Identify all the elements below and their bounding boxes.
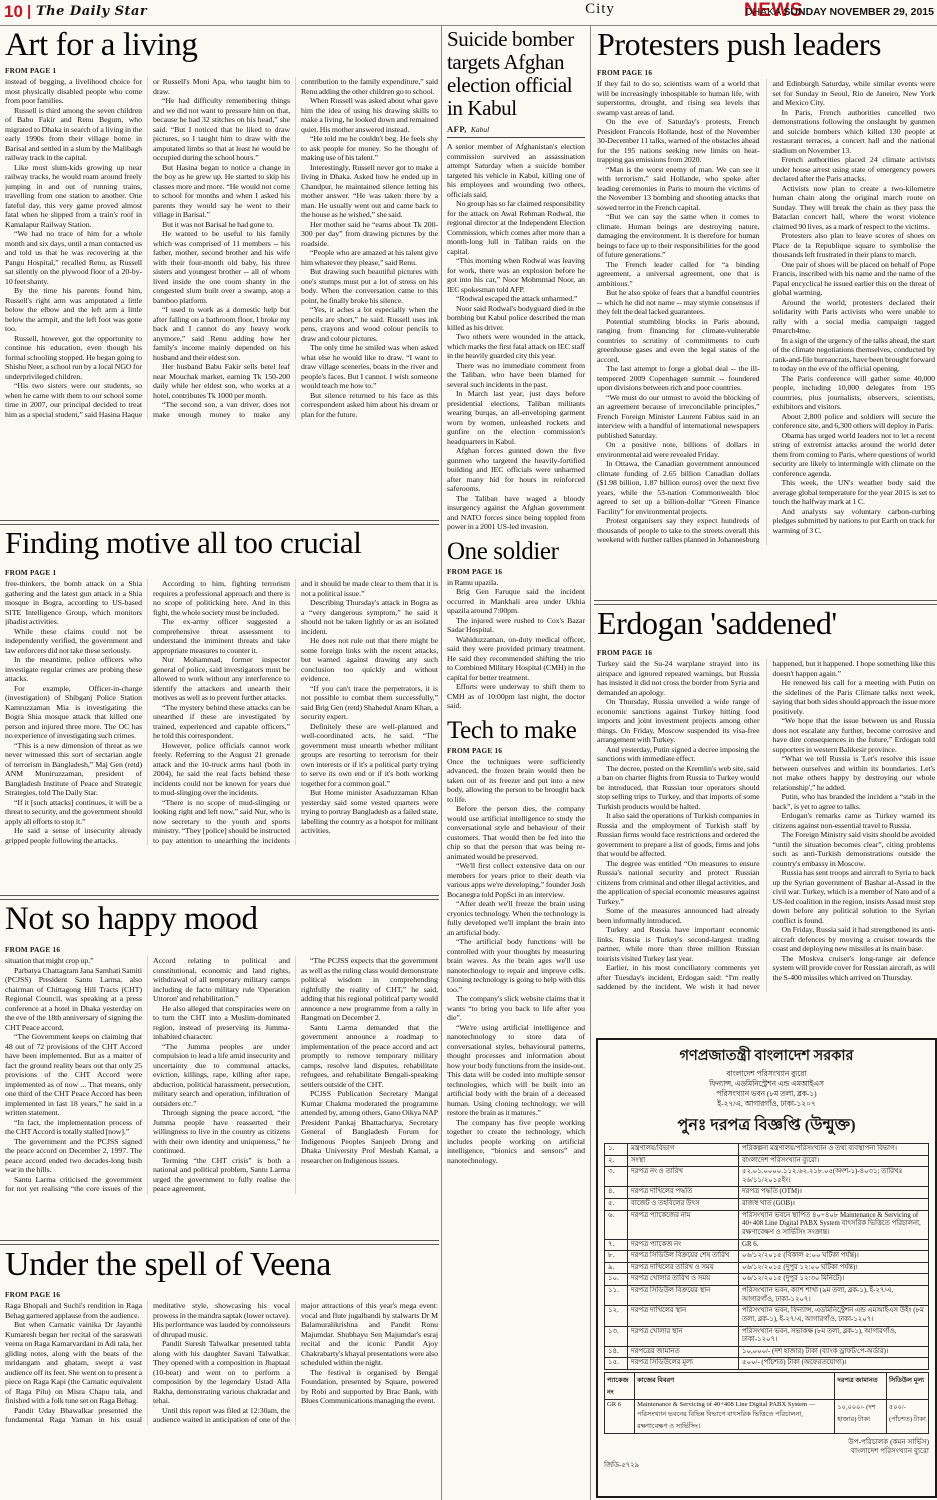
paragraph: PCJSS Publication Secretary Mangal Kumar… [301,1089,438,1165]
paragraph: Russell, however, got the opportunity to… [5,334,142,382]
headline-suicide-bomber: Suicide bomber targets Afghan election o… [447,28,585,120]
section-divider [0,895,439,900]
headline-not-so-happy-mood: Not so happy mood [5,902,438,936]
paragraph: “People who are amazed at his talent giv… [301,248,438,267]
paragraph: But when Carnatic vainika Dr Jayanthi Ku… [5,1320,142,1406]
paragraph: The injured were rushed to Cox's Bazar S… [447,616,585,635]
table-cell: ৬. [605,1210,628,1239]
paragraph: “The PCJSS expects that the government a… [301,956,438,1023]
paragraph: Parbatya Chattagram Jana Samhati Samiti … [5,966,142,1033]
paragraph: One pair of shoes will be placed on beha… [773,260,936,298]
table-cell: বাজেট ও তহবিলের উৎস [628,1199,739,1211]
paragraph: The company's slick website claims that … [447,994,585,1023]
middle-column: Suicide bomber targets Afghan election o… [441,26,591,1500]
table-cell: দরপত্র দাখিলের তারিখ ও সময় [628,1262,739,1274]
paragraph: “If it [such attacks] continues, it will… [5,798,142,827]
paragraph: In a sign of the urgency of the talks ah… [773,336,936,374]
page-number: 10 [4,2,23,22]
paragraph: in Ramu upazila. [447,578,585,588]
table-row: ৬.দরপত্র প্যাকেজের নামপরিসংখ্যান ভবনে স্… [605,1210,929,1239]
table-row: ১১.দরপত্র সিডিউল বিক্রয়ের স্থানপরিসংখ্য… [605,1286,929,1306]
paragraph: Putin, who has branded the incident a “s… [773,792,936,811]
table-cell: দরপত্র খোলার তারিখ ও সময় [628,1274,739,1286]
table-cell: ৫০০/- (পাঁচশত) টাকা (অফেরতযোগ্য)। [739,1358,929,1370]
paragraph: Pandit Suresh Talwalkar presented tabla … [153,1339,290,1406]
table-cell: ০৬/১২/২০১৫ (দুপুর ১২:০০ ঘটিকা পর্যন্ত)। [739,1262,929,1274]
table-header-cell: প্যাকেজ নং [605,1373,635,1400]
paragraph: On the eve of Saturday's protests, Frenc… [597,117,760,165]
paragraph: “He told me he couldn't beg. He feels sh… [301,134,438,163]
table-cell: দরপত্রের জামানত [628,1346,739,1358]
paragraph: “What we tell Russia is 'Let's resolve t… [773,754,936,792]
paragraph: In Paris, French authorities cancelled t… [773,108,936,156]
table-cell: সংস্থা [628,1155,739,1167]
table-cell: Maintenance & Servicing of 40+408 Line D… [635,1400,835,1434]
paragraph: In the meantime, police officers who inv… [5,655,142,684]
headline-under-the-spell-of-veena: Under the spell of Veena [5,1247,438,1282]
paragraph: The ex-army officer suggested a comprehe… [153,617,290,655]
paragraph: Like most slum-kids growing up near rail… [5,163,142,230]
paragraph: According to him, fighting terrorism req… [153,579,290,617]
paragraph: “We must do our utmost to avoid the bloc… [597,393,760,441]
table-row: ১৩.দরপত্র খোলার স্থানপরিসংখ্যান ভবন, সভা… [605,1326,929,1346]
paragraph: “The Jumma peoples are under compulsion … [153,1042,290,1109]
paragraph: Protesters also plan to leave scores of … [773,231,936,260]
paragraph: “We're using artificial intelligence and… [447,1023,585,1118]
continued-from-label: FROM PAGE 16 [5,946,438,954]
paragraph: A senior member of Afghanistan's electio… [447,142,585,199]
paragraph: Nur Mohammad, former inspector general o… [153,655,290,703]
paragraph: Definitely these are well-planned and we… [301,722,438,789]
table-cell: রাজস্ব খাত (GOB)। [739,1199,929,1211]
paragraph: Potential stumbling blocks in Paris abou… [597,317,760,365]
paragraph: “We hope that the issue between us and R… [773,716,936,754]
table-cell: ১২. [605,1306,628,1326]
table-cell: ২. [605,1155,628,1167]
paragraph: Brig Gen Faruque said the incident occur… [447,587,585,616]
article-notsohappy-body: FROM PAGE 16 situation that might crop u… [5,943,438,1236]
paragraph: In Ottawa, the Canadian government annou… [597,459,760,516]
paragraph: “After death we'll freeze the brain usin… [447,899,585,937]
table-cell: দরপত্র পদ্ধতি (OTM)। [739,1187,929,1199]
table-row: ১৫.দরপত্র সিডিউলের মূল্য৫০০/- (পাঁচশত) ট… [605,1358,929,1370]
page-header: 10 | The Daily Star City NEWS DHAKA SUND… [0,0,937,26]
byline-agency: AFP, [447,124,467,134]
table-header-cell: সিডিউল মূল্য [887,1373,929,1400]
paragraph: But he also spoke of fears that a handfu… [597,288,760,317]
table-cell: দরপত্র প্যাকেজ নং [628,1239,739,1251]
table-row: ৩.দরপত্র নং ও তারিখ৫২.০১.০০০০.১১২.৬২.২১৮… [605,1167,929,1187]
paragraph: The degree was entitled “On measures to … [597,859,760,907]
paragraph: instead of begging, a livelihood choice … [5,77,142,106]
article-finding-headline-block: Finding motive all too crucial [5,527,438,563]
table-cell: পরিকল্পনা মন্ত্রণালয়/পরিসংখ্যান ও তথ্য … [739,1143,929,1155]
paragraph: The last attempt to forge a global deal … [597,364,760,393]
paragraph: Afghan forces gunned down the five gunme… [447,446,585,494]
paragraph: Before the person dies, the company woul… [447,804,585,861]
notice-table: ১.মন্ত্রণালয়/বিভাগপরিকল্পনা মন্ত্রণালয়… [604,1143,929,1370]
table-cell: ৮. [605,1251,628,1263]
paragraph: Noor said Rodwal's bodyguard died in the… [447,304,585,333]
paragraph: Through signing the peace accord, “the J… [153,1108,290,1156]
table-row: ২.সংস্থাবাংলাদেশ পরিসংখ্যান ব্যুরো। [605,1155,929,1167]
paragraph: And analysts say voluntary carbon-curbin… [773,507,936,536]
paragraph: While these claims could not be independ… [5,627,142,656]
table-cell: দরপত্র সিডিউল বিক্রয়ের স্থান [628,1286,739,1306]
section-divider [0,520,439,525]
article-art-headline-block: Art for a living [5,28,438,62]
paragraph: When Russell was asked about what gave h… [301,96,438,134]
table-cell: দরপত্র দাখিলের পদ্ধতি [628,1187,739,1199]
notice-gd-code: জিডি-৫৭২৯ [604,1459,929,1471]
paragraph: He does not rule out that there might be… [301,636,438,684]
paragraph: Obama has urged world leaders not to let… [773,431,936,479]
paragraph: Interestingly, Russell never got to make… [301,163,438,220]
table-cell: ১. [605,1143,628,1155]
paragraph: “This is a new dimension of threat as we… [5,741,142,798]
article-notsohappy-columns: situation that might crop up.”Parbatya C… [5,956,438,1194]
paragraph: If they fail to do so, scientists warn o… [597,79,760,117]
paragraph: The Paris conference will gather some 40… [773,374,936,412]
table-cell: ১৩. [605,1326,628,1346]
paragraph: And yesterday, Putin signed a decree imp… [597,745,760,764]
paragraph: The government and the PCJSS signed the … [5,1137,142,1175]
article-veena-headline-block: Under the spell of Veena [5,1247,438,1285]
table-row: ১৪.দরপত্রের জামানত১০,০০০/- (দশ হাজার) টা… [605,1346,929,1358]
article-finding-columns: free-thinkers, the bomb attack on a Shia… [5,579,438,845]
table-cell: পরিসংখ্যান ভবনে স্থাপিত ৪০+৪০৮ Maintenan… [739,1210,929,1239]
notice-signature: উপ-পরিচালক (কমন সার্ভিস)বাংলাদেশ পরিসংখ্… [604,1438,929,1457]
paragraph: About 2,800 police and soldiers will sec… [773,412,936,431]
paragraph: Some of the measures announced had alrea… [597,906,760,925]
table-cell: ৫. [605,1199,628,1211]
section-divider [594,600,937,605]
section-label: City [560,1,640,18]
paragraph: Russia has sent troops and aircraft to S… [773,868,936,925]
paragraph: On Friday, Russia said it had strengthen… [773,925,936,954]
headline-one-soldier: One soldier [447,539,585,565]
continued-from-label: FROM PAGE 1 [5,569,438,577]
table-row: ১২.দরপত্র দাখিলের স্থানপরিসংখ্যান ভবন, ফ… [605,1306,929,1326]
table-row: ৫.বাজেট ও তহবিলের উৎসরাজস্ব খাত (GOB)। [605,1199,929,1211]
text-line: উপ-পরিচালক (কমন সার্ভিস) [604,1438,929,1447]
text-line: পরিসংখ্যান ভবন (৮ম তলা, ব্লক-১) [604,1089,929,1099]
paragraph: In March last year, just days before pre… [447,389,585,446]
paragraph: On a positive note, billions of dollars … [597,440,760,459]
table-header-cell: কাজের বিবরণ [635,1373,835,1400]
table-cell: মন্ত্রণালয়/বিভাগ [628,1143,739,1155]
paragraph: “The mystery behind these attacks can be… [153,703,290,741]
continued-from-label: FROM PAGE 16 [5,1291,438,1299]
paragraph: But silence returned to his face as this… [301,391,438,420]
paragraph: “If you can't trace the perpetrators, it… [301,684,438,722]
paragraph: “He had difficulty remembering things an… [153,96,290,163]
table-cell: GR 6 [605,1400,635,1434]
table-cell: ১০,০০০/- (দশ হাজার) টাকা (ব্যাংক ড্রাফট/… [739,1346,929,1358]
paragraph: “Rodwal escaped the attack unharmed.” [447,294,585,304]
paragraph: “The artificial body functions will be c… [447,937,585,994]
article-protesters-columns: If they fail to do so, scientists warn o… [597,79,935,545]
paragraph: However, police officials cannot work fr… [153,741,290,798]
table-cell: দরপত্র খোলার স্থান [628,1326,739,1346]
article-finding-body: FROM PAGE 1 free-thinkers, the bomb atta… [5,566,438,892]
paragraph: “Man is the worst enemy of man. We can s… [597,165,760,213]
table-cell: ১০,০০০/- (দশ হাজার) টাকা [835,1400,887,1434]
paragraph: This week, the UN's weather body said th… [773,478,936,507]
text-line: ফিন্যান্স, এডমিনিস্ট্রেশন এন্ড এমআইএস [604,1079,929,1089]
table-cell: ৯. [605,1262,628,1274]
article-art-body: FROM PAGE 1 instead of begging, a liveli… [5,64,438,516]
header-divider-bar: | [27,3,31,20]
headline-finding-motive: Finding motive all too crucial [5,527,438,559]
article-veena-columns: Raga Bhopali and Suchi's rendition in Ra… [5,1301,438,1425]
continued-from-label: FROM PAGE 16 [447,747,585,755]
tender-notice-box: গণপ্রজাতন্ত্রী বাংলাদেশ সরকার বাংলাদেশ প… [596,1038,937,1498]
paragraph: The company has five people working toge… [447,1118,585,1166]
paragraph: For example, Officer-in-charge (investig… [5,684,142,741]
paragraph: Turkey and Russia have important economi… [597,925,760,963]
paragraph: He said a sense of insecurity already gr… [5,826,142,845]
table-cell: ১০. [605,1274,628,1286]
table-row: GR 6Maintenance & Servicing of 40+408 Li… [605,1400,929,1434]
text-line: বাংলাদেশ পরিসংখ্যান ব্যুরো [604,1069,929,1079]
paragraph: He renewed his call for a meeting with P… [773,678,936,716]
table-cell: ৩. [605,1167,628,1187]
article-art-columns: instead of begging, a livelihood choice … [5,77,438,419]
paragraph: Her husband Babu Fakir sells betel leaf … [153,362,290,400]
article-veena-body: FROM PAGE 16 Raga Bhopali and Suchi's re… [5,1288,438,1500]
paragraph: “But we can say the same when it comes t… [597,212,760,260]
paragraph: By the time his parents found him, Russe… [5,286,142,334]
paragraph: “The Government keeps on claiming that 4… [5,1032,142,1118]
masthead: The Daily Star [36,4,147,19]
table-cell: ৪. [605,1187,628,1199]
paragraph: Describing Thursday's attack in Bogra as… [301,598,438,636]
table-cell: দরপত্র সিডিউল বিক্রয়ের শেষ তারিখ [628,1251,739,1263]
paragraph: free-thinkers, the bomb attack on a Shia… [5,579,142,627]
paragraph: There was no immediate comment from the … [447,361,585,390]
article-tech-column: Once the techniques were sufficiently ad… [447,757,585,1166]
paragraph: “In fact, the implementation process of … [5,1118,142,1137]
table-row: ৪.দরপত্র দাখিলের পদ্ধতিদরপত্র পদ্ধতি (OT… [605,1187,929,1199]
table-cell: দরপত্র নং ও তারিখ [628,1167,739,1187]
paragraph: “We had no trace of him for a whole mont… [5,229,142,286]
paragraph: The Foreign Ministry said visits should … [773,830,936,868]
table-cell: পরিসংখ্যান ভবন, সভাকক্ষ (৮ম তলা, ব্লক-১)… [739,1326,929,1346]
notice-title: পুনঃ দরপত্র বিজ্ঞপ্তি (উন্মুক্ত) [604,1112,929,1139]
paragraph: Activists now plan to create a two-kilom… [773,184,936,232]
byline-afp-kabul: AFP,Kabul [447,124,585,138]
table-header-cell: দরপত্র জামানত [835,1373,887,1400]
paragraph: “We'll first collect extensive data on o… [447,861,585,899]
continued-from-label: FROM PAGE 16 [597,69,935,77]
table-cell: GR 6. [739,1239,929,1251]
paragraph: He also alleged that conspiracies were o… [153,1004,290,1042]
table-cell: পরিসংখ্যান ভবন, ক্যাশ শাখা (৯ম তলা, ব্লক… [739,1286,929,1306]
paragraph: Wahiduzzaman, on-duty medical officer, s… [447,635,585,683]
text-line: বাংলাদেশ পরিসংখ্যান ব্যুরো [604,1447,929,1456]
paragraph: “Yes, it aches a lot especially when the… [301,305,438,343]
headline-art-for-a-living: Art for a living [5,28,438,62]
table-row: ১০.দরপত্র খোলার তারিখ ও সময়০৬/১২/২০১৫ (… [605,1274,929,1286]
paragraph: Santu Larma demanded that the government… [301,1023,438,1090]
paragraph: Around the world, protesters declared th… [773,298,936,336]
headline-erdogan-saddened: Erdogan 'saddened' [597,607,935,640]
paragraph: Once the techniques were sufficiently ad… [447,757,585,805]
paragraph: But it was not Barisal he had gone to. [153,220,290,230]
paragraph: On Thursday, Russia unveiled a wide rang… [597,697,760,745]
table-cell: ১৪. [605,1346,628,1358]
continued-from-label: FROM PAGE 16 [447,568,585,576]
paragraph: Raga Bhopali and Suchi's rendition in Ra… [5,1301,142,1320]
table-cell: ০৬/১২/২০১৫ (দুপুর ১২:৩০ মিনিটে)। [739,1274,929,1286]
article-onesoldier-column: in Ramu upazila.Brig Gen Faruque said th… [447,578,585,711]
table-cell: ১১. [605,1286,628,1306]
paragraph: No group has so far claimed responsibili… [447,199,585,256]
paragraph: The only time he smiled was when asked w… [301,343,438,391]
paragraph: The Taliban have waged a bloody insurgen… [447,494,585,532]
paragraph: “I used to work as a domestic help but a… [153,305,290,362]
table-row: ৯.দরপত্র দাখিলের তারিখ ও সময়০৬/১২/২০১৫ … [605,1262,929,1274]
paragraph: Erdogan's remarks came as Turkey warned … [773,811,936,830]
paragraph: He wanted to be useful to his family whi… [153,229,290,305]
table-cell: ৭. [605,1239,628,1251]
article-erdogan-body: FROM PAGE 16 Turkey said the Su-24 warpl… [597,646,935,1032]
continued-from-label: FROM PAGE 16 [597,649,935,657]
table-row: ১.মন্ত্রণালয়/বিভাগপরিকল্পনা মন্ত্রণালয়… [605,1143,929,1155]
article-notsohappy-headline-block: Not so happy mood [5,902,438,940]
table-row: ৮.দরপত্র সিডিউল বিক্রয়ের শেষ তারিখ০৬/১২… [605,1251,929,1263]
dateline: DHAKA SUNDAY NOVEMBER 29, 2015 [745,6,934,18]
notice-government-title: গণপ্রজাতন্ত্রী বাংলাদেশ সরকার [604,1045,929,1069]
headline-protesters-push-leaders: Protesters push leaders [597,28,935,61]
paragraph: Her mother said he “earns about Tk 200-3… [301,220,438,249]
text-line: ই-২৭/এ, আগারগাঁও, ঢাকা-১২০৭ [604,1099,929,1109]
paragraph: But Home minister Asaduzzaman Khan yeste… [301,788,438,836]
notice-package-table: প্যাকেজ নংকাজের বিবরণদরপত্র জামানতসিডিউল… [604,1372,929,1434]
table-cell: ৫২.০১.০০০০.১১২.৬২.২১৮.০৫(অংশ-১)-৪০৩১; তা… [739,1167,929,1187]
paragraph: situation that might crop up.” [5,956,142,966]
table-cell: দরপত্র দাখিলের স্থান [628,1306,739,1326]
paragraph: The decree, posted on the Kremlin's web … [597,764,760,812]
article-erdogan-headline-block: Erdogan 'saddened' [597,607,935,643]
table-row: ৭.দরপত্র প্যাকেজ নংGR 6. [605,1239,929,1251]
table-cell: দরপত্র প্যাকেজের নাম [628,1210,739,1239]
section-divider [0,1240,439,1245]
paragraph: Two others were wounded in the attack, w… [447,332,585,361]
continued-from-label: FROM PAGE 1 [5,67,438,75]
paragraph: Terming “the CHT crisis” is both a natio… [153,1156,290,1194]
table-cell: ৫০০/- (পাঁচশত) টাকা [887,1400,929,1434]
headline-tech-to-make: Tech to make [447,718,585,744]
paragraph: The French leader called for “a binding … [597,260,760,289]
article-suicide-column: A senior member of Afghanistan's electio… [447,142,585,532]
paragraph: Turkey said the Su-24 warplane strayed i… [597,659,760,697]
table-cell: পরিসংখ্যান ভবন, ফিন্যান্স, এডমিনিস্ট্রেশ… [739,1306,929,1326]
article-protesters-body: FROM PAGE 16 If they fail to do so, scie… [597,66,935,598]
paragraph: It also said the operations of Turkish c… [597,811,760,859]
byline-place: Kabul [471,125,489,134]
paragraph: The festival is organised by Bengal Foun… [301,1368,438,1406]
table-cell: ১৫. [605,1358,628,1370]
paragraph: Russell is third among the seven childre… [5,106,142,163]
paragraph: French authorities placed 24 climate act… [773,155,936,184]
table-cell: বাংলাদেশ পরিসংখ্যান ব্যুরো। [739,1155,929,1167]
newspaper-page: 10 | The Daily Star City NEWS DHAKA SUND… [0,0,937,1500]
table-cell: দরপত্র সিডিউলের মূল্য [628,1358,739,1370]
paragraph: “This morning when Rodwal was leaving fo… [447,256,585,294]
paragraph: The Moskva cruiser's long-range air defe… [773,954,936,983]
article-protesters-headline-block: Protesters push leaders [597,28,935,64]
paragraph: But Hasina began to notice a change in t… [153,163,290,220]
paragraph: Efforts were underway to shift them to C… [447,682,585,711]
article-erdogan-columns: Turkey said the Su-24 warplane strayed i… [597,659,935,992]
table-cell: ০৬/১২/২০১৫ (বিকাল ৫:০০ ঘটিকা পর্যন্ত)। [739,1251,929,1263]
notice-org-lines: বাংলাদেশ পরিসংখ্যান ব্যুরোফিন্যান্স, এডম… [604,1069,929,1109]
paragraph: But drawing such beautiful pictures with… [301,267,438,305]
